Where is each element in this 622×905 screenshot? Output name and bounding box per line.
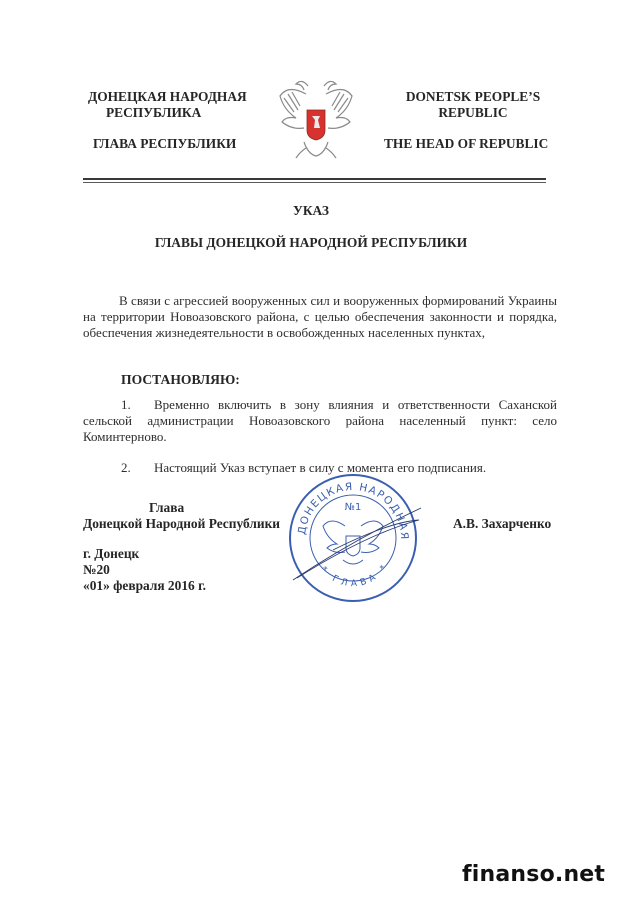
svg-text:№1: №1 — [345, 502, 362, 513]
decree-item: 1.Временно включить в зону влияния и отв… — [83, 397, 557, 444]
signatory-title-line1: Глава — [149, 500, 184, 516]
document-subtitle: ГЛАВЫ ДОНЕЦКОЙ НАРОДНОЙ РЕСПУБЛИКИ — [0, 235, 622, 251]
watermark: finanso.net — [462, 862, 605, 887]
header-left-subtitle: ГЛАВА РЕСПУБЛИКИ — [93, 136, 236, 152]
item-number: 1. — [121, 397, 154, 413]
item-text: Временно включить в зону влияния и ответ… — [83, 397, 557, 444]
document-place: г. Донецк — [83, 546, 139, 562]
official-stamp-icon: ДОНЕЦКАЯ НАРОДНАЯ РЕСПУБЛИКА * ГЛАВА * №… — [283, 468, 423, 608]
org-name-ru-line1: ДОНЕЦКАЯ НАРОДНАЯ — [88, 89, 263, 105]
org-name-en-line2: REPUBLIC — [398, 105, 548, 121]
signatory-name: А.В. Захарченко — [453, 516, 551, 532]
svg-text:* ГЛАВА *: * ГЛАВА * — [318, 560, 391, 589]
preamble-text: В связи с агрессией вооруженных сил и во… — [83, 293, 557, 340]
document-title: УКАЗ — [0, 203, 622, 219]
preamble-paragraph: В связи с агрессией вооруженных сил и во… — [83, 293, 557, 340]
item-number: 2. — [121, 460, 154, 476]
coat-of-arms-icon — [278, 76, 354, 164]
document-date: «01» февраля 2016 г. — [83, 578, 206, 594]
resolve-heading: ПОСТАНОВЛЯЮ: — [121, 372, 240, 388]
header-divider-thin — [83, 182, 546, 183]
header-right-subtitle: THE HEAD OF REPUBLIC — [384, 136, 548, 152]
signatory-title-line2: Донецкой Народной Республики — [83, 516, 280, 532]
header-left-org-name: ДОНЕЦКАЯ НАРОДНАЯ РЕСПУБЛИКА — [88, 89, 263, 121]
header-divider-thick — [83, 178, 546, 180]
org-name-en-line1: DONETSK PEOPLE’S — [398, 89, 548, 105]
org-name-ru-line2: РЕСПУБЛИКА — [88, 105, 263, 121]
document-number: №20 — [83, 562, 110, 578]
header-right-org-name: DONETSK PEOPLE’S REPUBLIC — [398, 89, 548, 121]
